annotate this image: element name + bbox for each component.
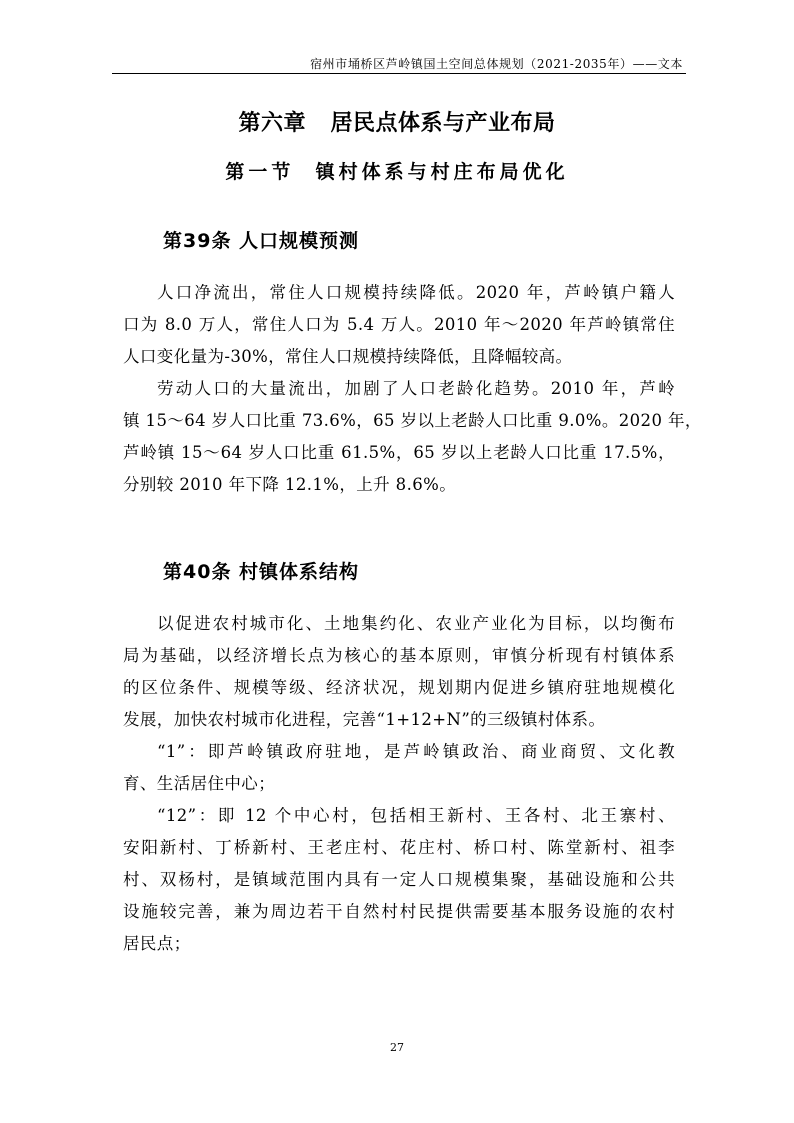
paragraph-line: 分别较 2010 年下降 12.1%，上升 8.6%。 — [123, 475, 675, 495]
paragraph-line: 居民点； — [123, 934, 675, 954]
paragraph-line: 人口净流出，常住人口规模持续降低。2020 年，芦岭镇户籍人 — [157, 283, 675, 303]
paragraph-line: “1”：即芦岭镇政府驻地，是芦岭镇政治、商业商贸、文化教 — [157, 742, 675, 762]
section-title: 第一节 镇村体系与村庄布局优化 — [0, 159, 794, 185]
article-heading-40: 第40条 村镇体系结构 — [163, 559, 359, 585]
paragraph-line: 局为基础，以经济增长点为核心的基本原则，审慎分析现有村镇体系 — [123, 646, 675, 666]
paragraph-line: 人口变化量为-30%，常住人口规模持续降低，且降幅较高。 — [123, 347, 675, 367]
document-page: 宿州市埇桥区芦岭镇国土空间总体规划（2021-2035年）——文本 第六章 居民… — [0, 0, 794, 1123]
paragraph-line: 安阳新村、丁桥新村、王老庄村、花庄村、桥口村、陈堂新村、祖李 — [123, 838, 675, 858]
paragraph-line: 芦岭镇 15～64 岁人口比重 61.5%，65 岁以上老龄人口比重 17.5%… — [123, 443, 675, 463]
paragraph-line: 村、双杨村，是镇域范围内具有一定人口规模集聚，基础设施和公共 — [123, 870, 675, 890]
header-divider — [112, 73, 686, 74]
paragraph-line: 劳动人口的大量流出，加剧了人口老龄化趋势。2010 年，芦岭 — [157, 379, 675, 399]
paragraph-line: 发展，加快农村城市化进程，完善“1+12+N”的三级镇村体系。 — [123, 710, 675, 730]
chapter-title: 第六章 居民点体系与产业布局 — [0, 110, 794, 138]
paragraph-line: 育、生活居住中心； — [123, 774, 675, 794]
paragraph-line: 设施较完善，兼为周边若干自然村村民提供需要基本服务设施的农村 — [123, 902, 675, 922]
page-number: 27 — [0, 1041, 794, 1055]
paragraph-line: 镇 15～64 岁人口比重 73.6%，65 岁以上老龄人口比重 9.0%。20… — [123, 411, 675, 431]
paragraph-line: 的区位条件、规模等级、经济状况，规划期内促进乡镇府驻地规模化 — [123, 678, 675, 698]
running-header: 宿州市埇桥区芦岭镇国土空间总体规划（2021-2035年）——文本 — [112, 57, 683, 71]
paragraph-line: 口为 8.0 万人，常住人口为 5.4 万人。2010 年～2020 年芦岭镇常… — [123, 315, 675, 335]
paragraph-line: “12”：即 12 个中心村，包括相王新村、王各村、北王寨村、 — [157, 806, 675, 826]
paragraph-line: 以促进农村城市化、土地集约化、农业产业化为目标，以均衡布 — [157, 614, 675, 634]
article-heading-39: 第39条 人口规模预测 — [163, 228, 359, 254]
